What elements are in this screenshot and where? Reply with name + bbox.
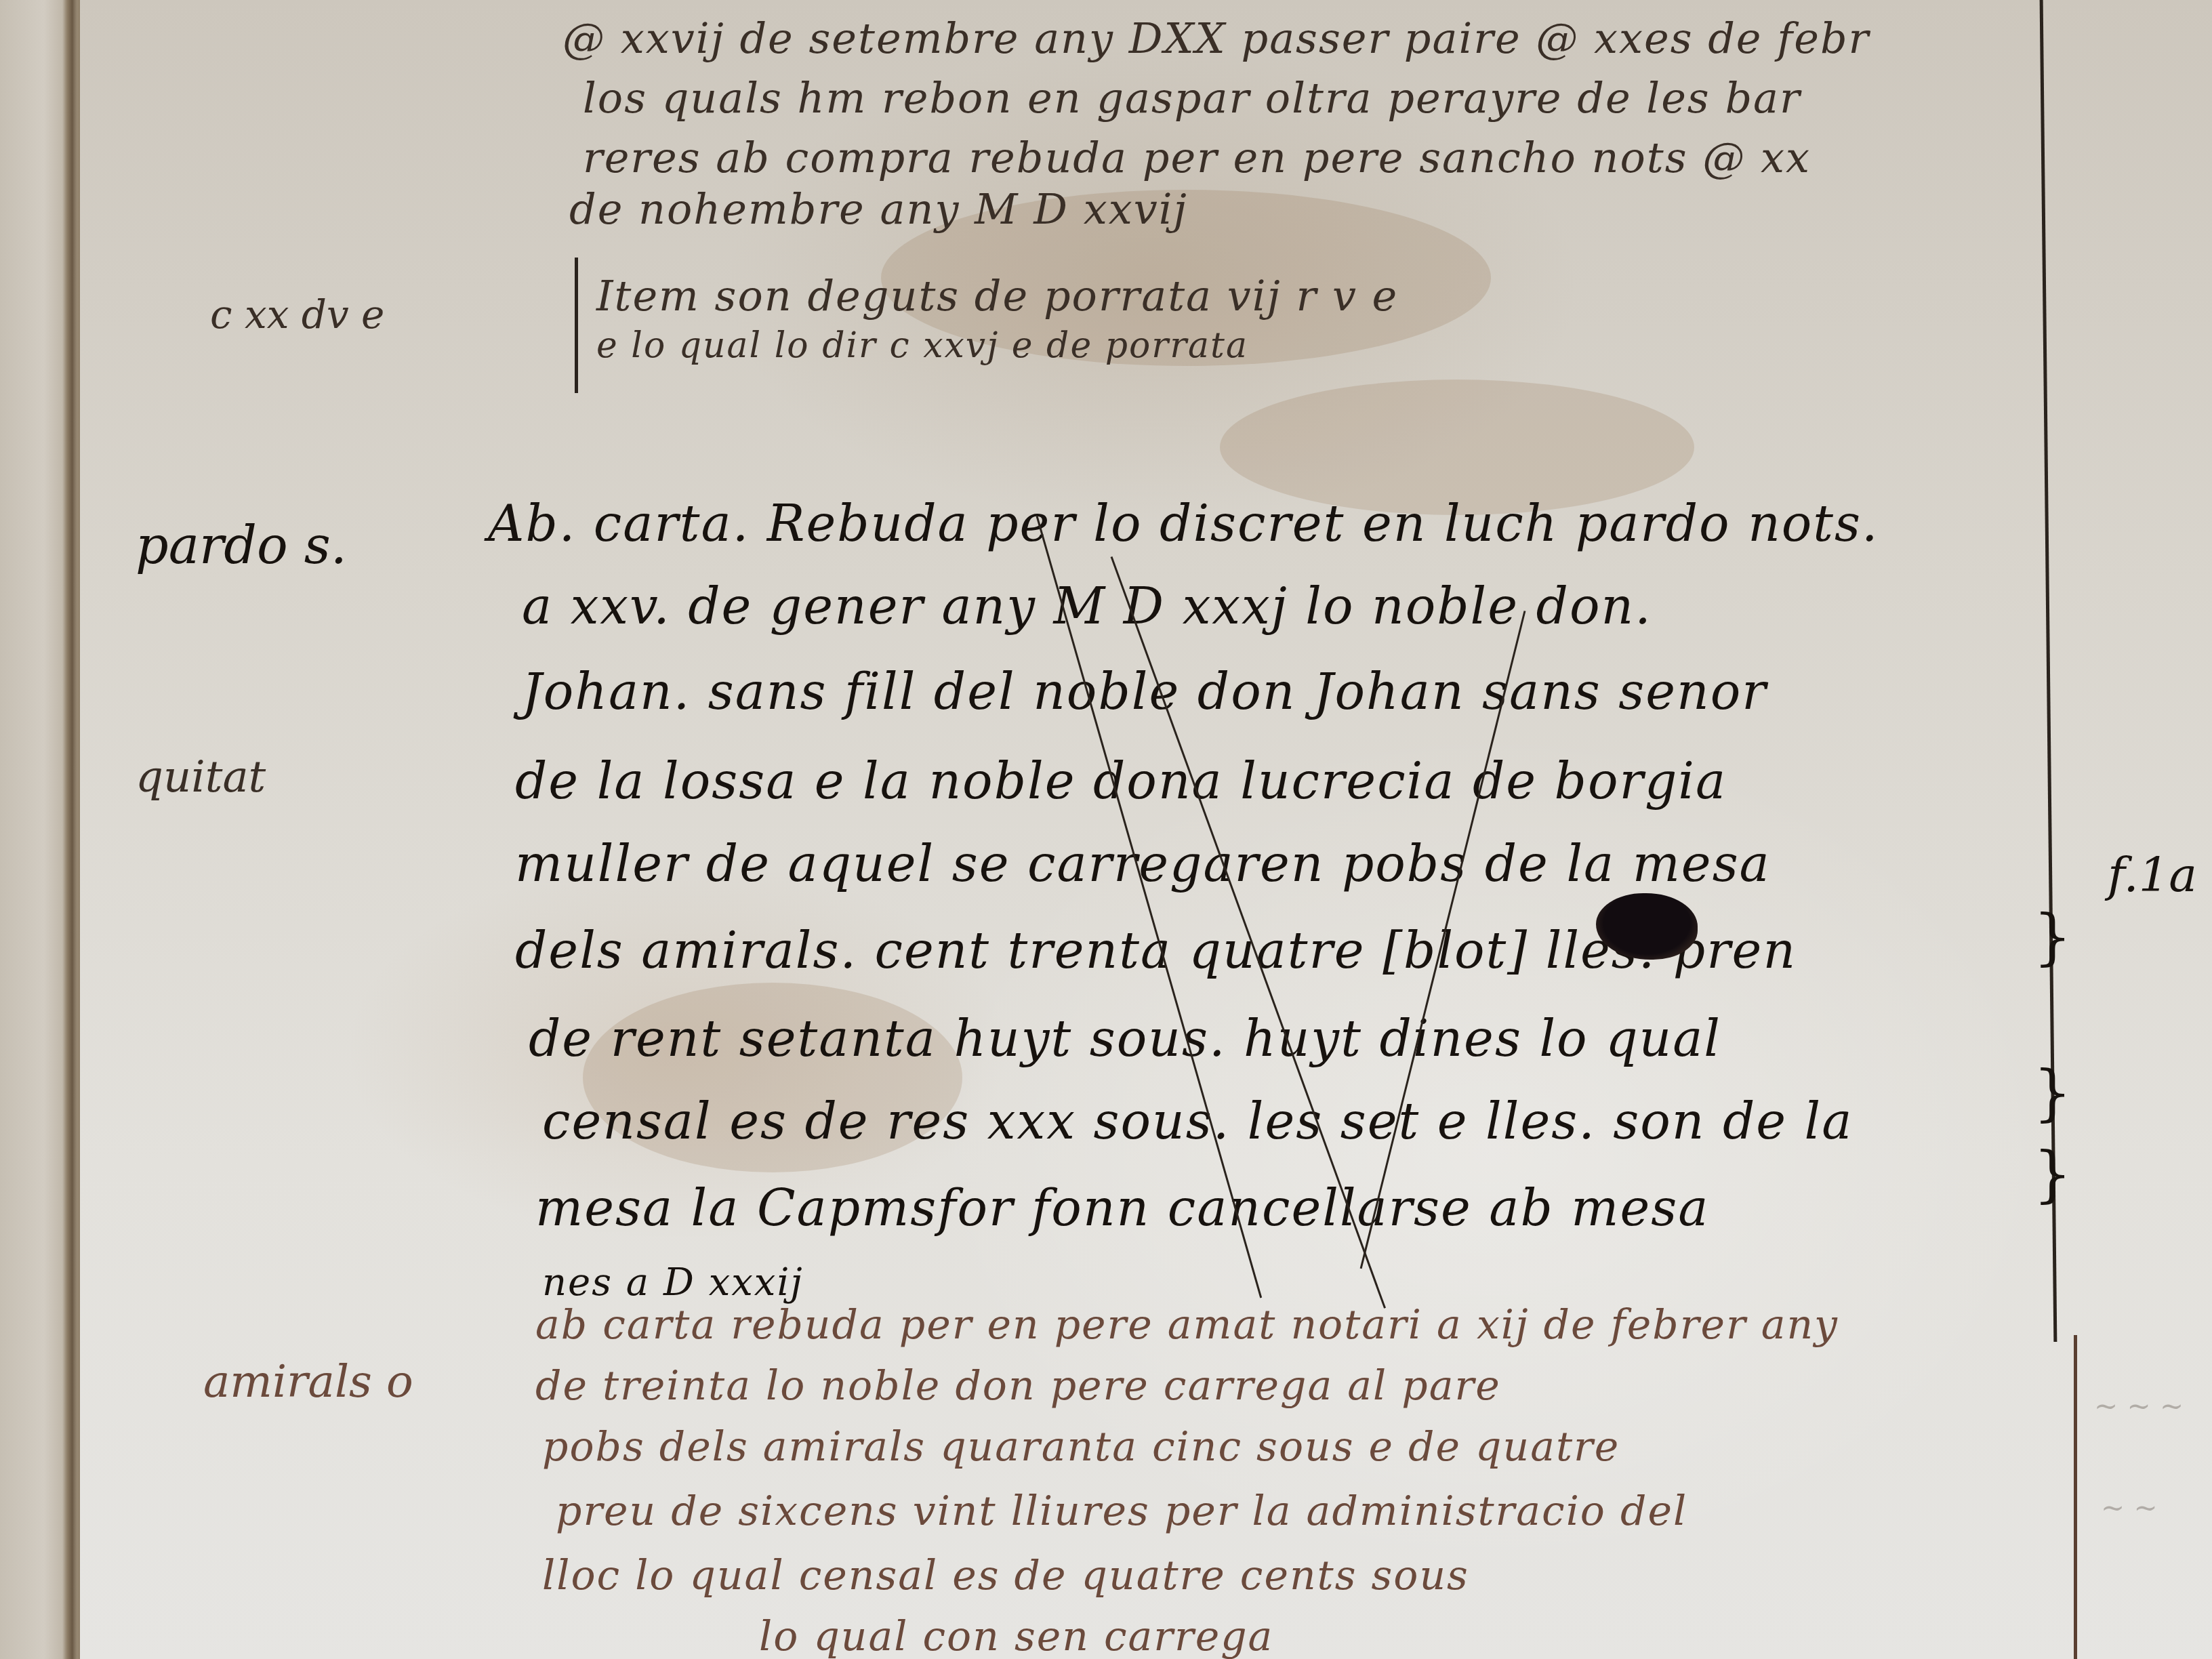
pardo-entry-line: nes a D xxxij	[542, 1261, 804, 1305]
amirals-entry-line: ab carta rebuda per en pere amat notari …	[535, 1301, 1839, 1349]
manuscript-page: @ xxvij de setembre any DXX passer paire…	[0, 0, 2212, 1659]
pardo-entry-line: censal es de res xxx sous. les set e lle…	[542, 1092, 1853, 1151]
bleed-through-text: ~ ~ ~	[2094, 1389, 2184, 1422]
item-entry-line: Item son deguts de porrata vij r v e	[596, 271, 1398, 321]
pardo-entry-line: Johan. sans fill del noble don Johan san…	[522, 663, 1767, 721]
brace-mark: }	[2033, 901, 2072, 972]
amirals-entry-line: pobs dels amirals quaranta cinc sous e d…	[542, 1423, 1620, 1471]
item-bracket	[575, 258, 578, 393]
amirals-entry-line: lo qual con sen carrega	[759, 1613, 1273, 1659]
item-entry-line: e lo qual lo dir c xxvj e de porrata	[596, 325, 1248, 366]
brace-mark: }	[2033, 1057, 2072, 1128]
brace-mark: }	[2033, 1139, 2072, 1210]
pardo-entry-line: Ab. carta. Rebuda per lo discret en luch…	[488, 495, 1879, 553]
pardo-entry-line: de la lossa e la noble dona lucrecia de …	[515, 752, 1727, 811]
upper-entry-line: de nohembre any M D xxvij	[569, 184, 1188, 234]
upper-entry-line: los quals hm rebon en gaspar oltra peray…	[583, 73, 1801, 123]
pardo-entry-line: mesa la Capmsfor fonn cancellarse ab mes…	[535, 1179, 1709, 1237]
pardo-entry-line: de rent setanta huyt sous. huyt dines lo…	[529, 1010, 1721, 1068]
upper-entry-line: @ xxvij de setembre any DXX passer paire…	[562, 14, 1870, 63]
amirals-entry-line: preu de sixcens vint lliures per la admi…	[556, 1488, 1687, 1535]
upper-entry-line: reres ab compra rebuda per en pere sanch…	[583, 133, 1811, 182]
amirals-entry-line: lloc lo qual censal es de quatre cents s…	[542, 1552, 1469, 1599]
bleed-through-text: ~ ~	[2101, 1491, 2158, 1524]
amirals-entry-line: de treinta lo noble don pere carrega al …	[535, 1362, 1501, 1410]
margin-note-quitat: quitat	[136, 752, 266, 802]
margin-amount: c xx dv e	[210, 291, 384, 337]
right-margin-ruling-lower	[2074, 1335, 2077, 1659]
right-margin-fragment: f.1a	[2108, 847, 2197, 903]
pardo-entry-line: a xxv. de gener any M D xxxj lo noble do…	[522, 577, 1652, 636]
margin-name-amirals: amirals o	[203, 1355, 413, 1408]
margin-name-pardo: pardo s.	[136, 515, 347, 575]
page-gutter-fold	[62, 0, 77, 1659]
